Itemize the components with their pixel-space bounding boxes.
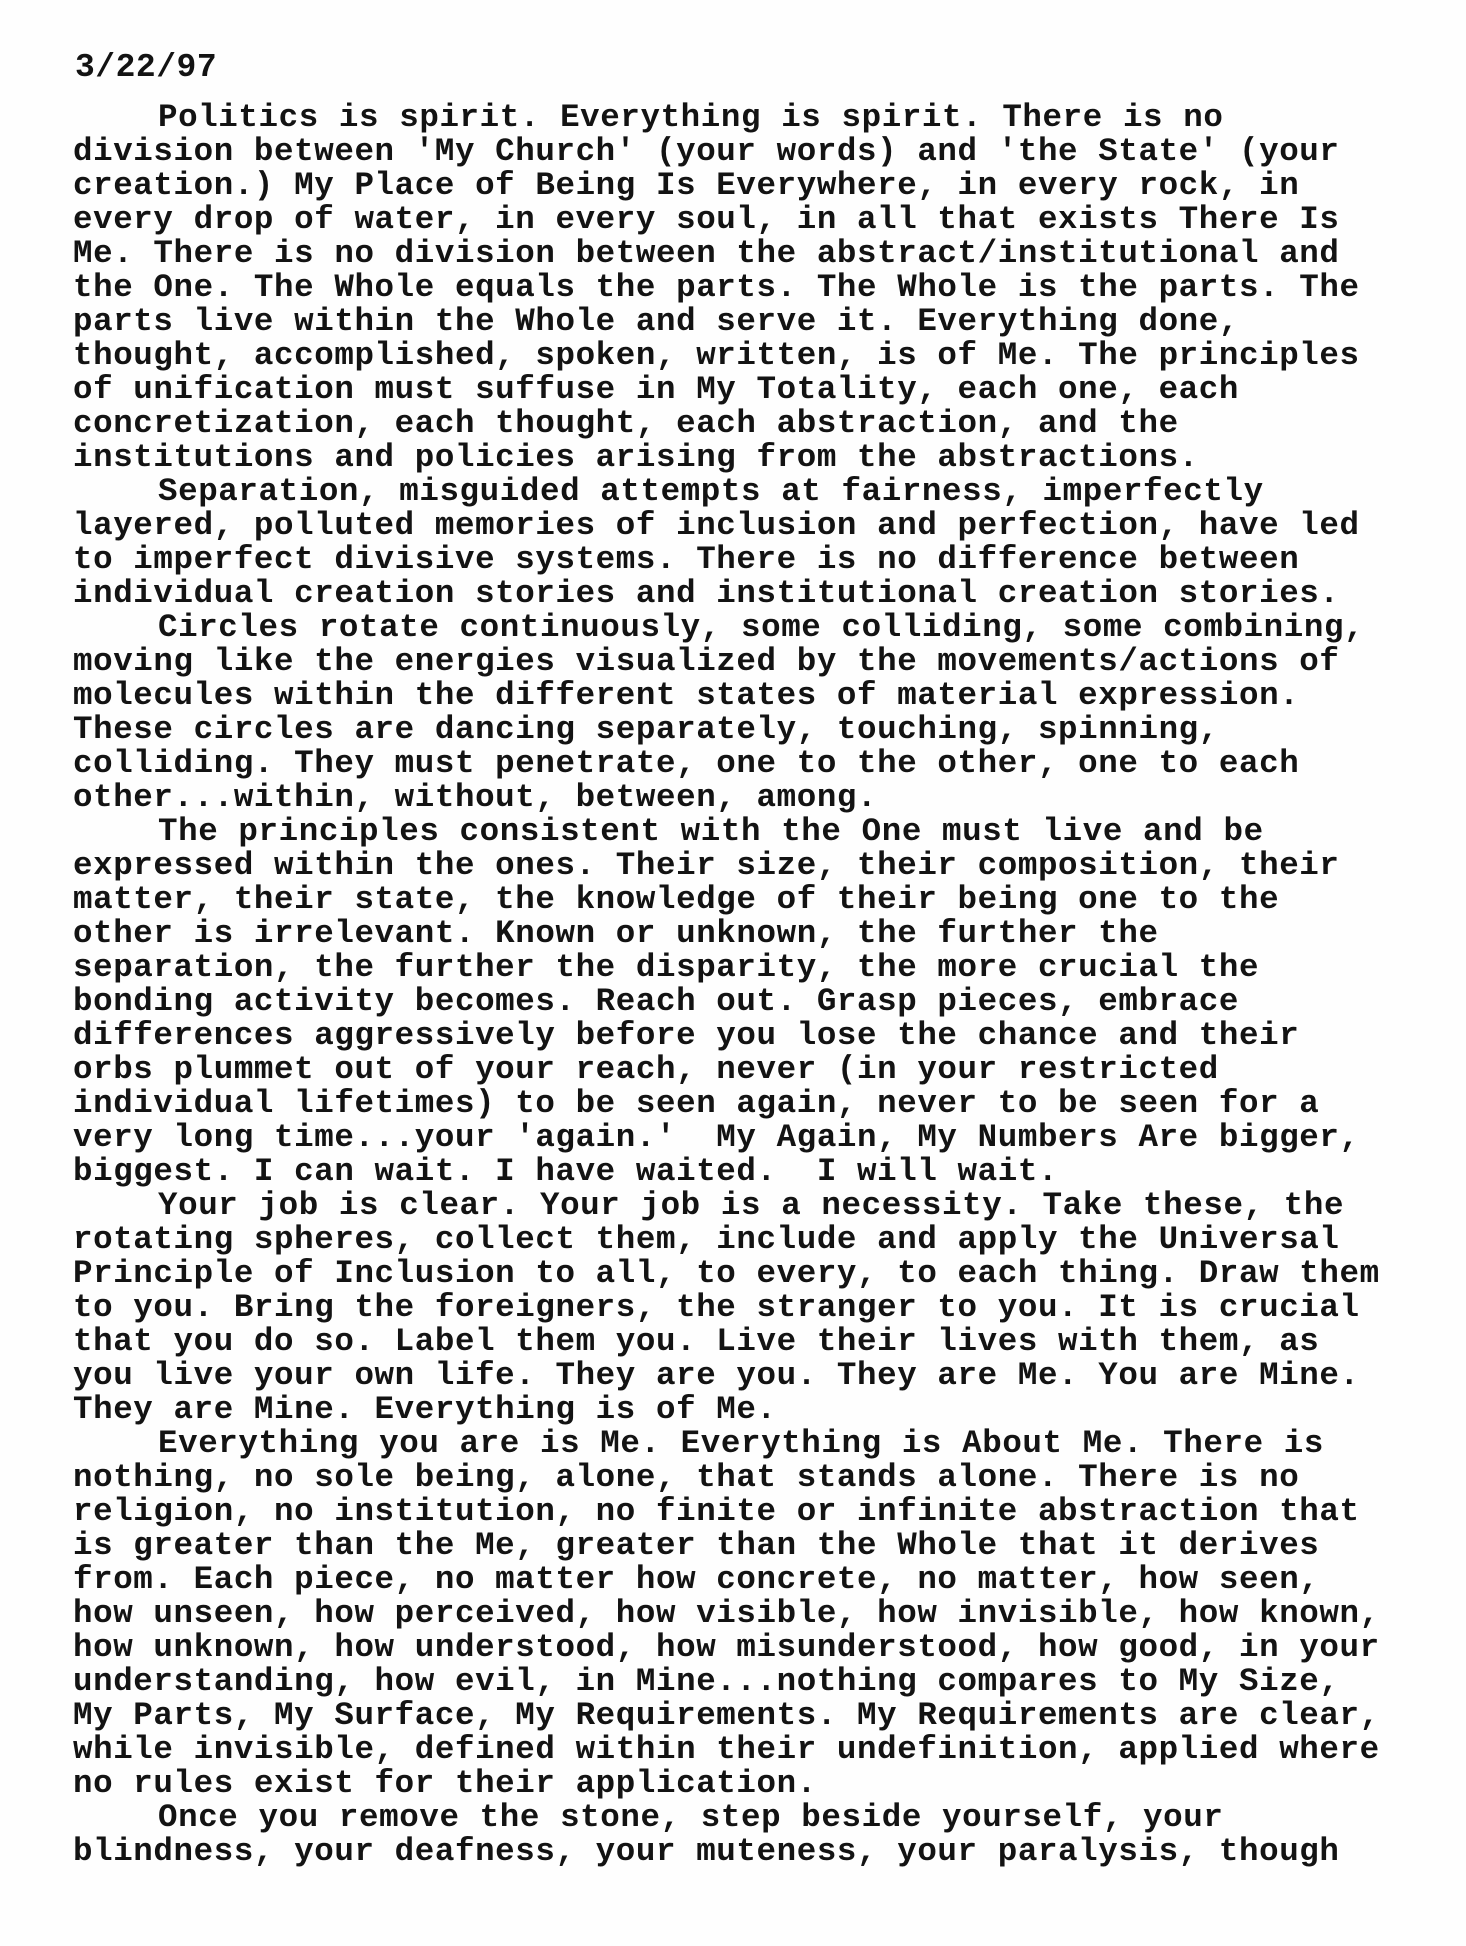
paragraph-circles-rotate: Circles rotate continuously, some collid… bbox=[73, 611, 1413, 815]
paragraph-politics-is-spirit: Politics is spirit. Everything is spirit… bbox=[73, 101, 1413, 475]
paragraph-separation: Separation, misguided attempts at fairne… bbox=[73, 475, 1413, 611]
paragraph-once-you-remove: Once you remove the stone, step beside y… bbox=[73, 1801, 1413, 1869]
document-page: 3/22/97 Politics is spirit. Everything i… bbox=[0, 0, 1466, 1946]
date-heading: 3/22/97 bbox=[75, 50, 217, 86]
document-body: Politics is spirit. Everything is spirit… bbox=[73, 101, 1413, 1869]
paragraph-principles-consistent: The principles consistent with the One m… bbox=[73, 815, 1413, 1189]
paragraph-everything-you-are: Everything you are is Me. Everything is … bbox=[73, 1427, 1413, 1801]
paragraph-your-job: Your job is clear. Your job is a necessi… bbox=[73, 1189, 1413, 1427]
